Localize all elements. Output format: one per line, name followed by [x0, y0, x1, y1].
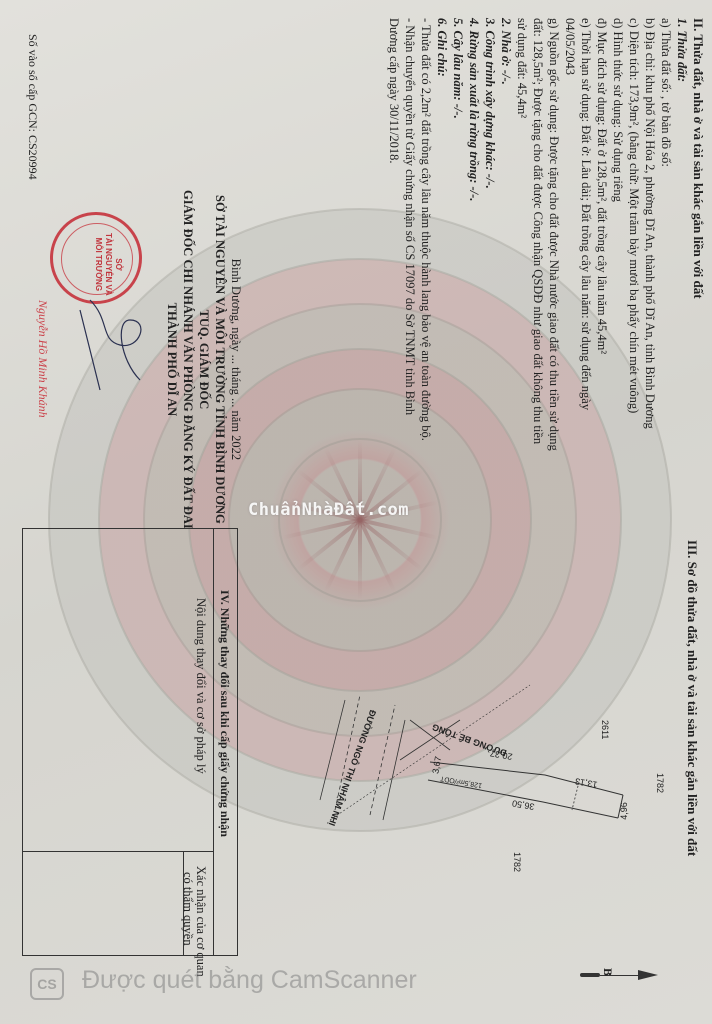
- parcel-detail-line: đ) Mục đích sử dụng: Đất ở 128,5m², đất …: [594, 18, 610, 451]
- changes-column-header: Nội dung thay đổi và cơ sở pháp lý: [193, 598, 209, 774]
- parcel-detail-line: g) Nguồn gốc sử dụng: Được tặng cho đất …: [546, 18, 562, 451]
- parcel-number-bottom: 1782: [512, 852, 522, 872]
- parcel-number-top: 2611: [600, 720, 610, 739]
- dimension-d: 4,96: [619, 802, 629, 820]
- issuing-org: SỞ TÀI NGUYÊN VÀ MÔI TRƯỜNG TỈNH BÌNH DƯ…: [212, 190, 228, 529]
- asset-item-line: 3. Công trình xây dựng khác: -/-.: [482, 18, 498, 451]
- parcel-detail-line: b) Địa chỉ: khu phố Nội Hóa 2, phường Dĩ…: [642, 18, 658, 451]
- section-2: II. Thửa đất, nhà ở và tài sản khác gắn …: [386, 18, 706, 451]
- parcel-detail-line: e) Thời hạn sử dụng: Đất ở: Lâu dài; Đất…: [578, 18, 594, 451]
- asset-item-line: 5. Cây lâu năm: -/-.: [450, 18, 466, 451]
- signer-title: TUQ. GIÁM ĐỐC: [196, 190, 212, 529]
- section-3-title: III. Sơ đồ thửa đất, nhà ở và tài sản kh…: [684, 540, 700, 856]
- certificate-page: II. Thửa đất, nhà ở và tài sản khác gắn …: [0, 0, 712, 1024]
- site-watermark: ChuẩnNhàĐất.com: [248, 500, 409, 520]
- note-line: - Nhận chuyển quyền từ Giấy chứng nhận s…: [402, 18, 418, 451]
- signer-name: Nguyễn Hồ Minh Khánh: [35, 300, 50, 418]
- stamp-text: SỞ: [113, 233, 123, 296]
- parcel-number-right: 1782: [655, 773, 665, 793]
- parcel-detail-line: c) Diện tích: 173,9m², (bằng chữ: Một tr…: [626, 18, 642, 451]
- parcel-detail-line: a) Thửa đất số: , tờ bản đồ số:: [658, 18, 674, 451]
- confirmation-column-header-line2: có thẩm quyền: [180, 872, 196, 946]
- parcel-detail-line: 04/05/2043: [562, 18, 578, 451]
- note-line: - Thửa đất có 2,2m² đất trồng cây lâu nă…: [418, 18, 434, 451]
- section-4-title: IV. Những thay đổi sau khi cấp giấy chứn…: [217, 590, 232, 837]
- parcel-detail-line: d) Hình thức sử dụng: Sử dụng riêng: [610, 18, 626, 451]
- signature-icon: [60, 290, 180, 400]
- camscanner-watermark: Được quét bằng CamScanner: [82, 966, 417, 995]
- stamp-text: TÀI NGUYÊN VÀ: [103, 233, 113, 296]
- parcel-subtitle: 1. Thửa đất:: [674, 18, 690, 451]
- north-arrow-icon: [580, 970, 658, 980]
- section-2-title: II. Thửa đất, nhà ở và tài sản khác gắn …: [690, 18, 706, 451]
- parcel-detail-line: đất: 128,5m²; Được tặng cho đất được Côn…: [530, 18, 546, 451]
- registry-number: Số vào sổ cấp GCN: CS20994: [25, 34, 40, 180]
- asset-item-line: 4. Rừng sản xuất là rừng trồng: -/-.: [466, 18, 482, 451]
- date-line: Bình Dương, ngày ... tháng ... năm 2022: [228, 190, 244, 529]
- compass-label: B: [600, 968, 615, 976]
- branch-title: GIÁM ĐỐC CHI NHÁNH VĂN PHÒNG ĐĂNG KÝ ĐẤT…: [180, 190, 196, 529]
- note-line: Dương cấp ngày 30/11/2018.: [386, 18, 402, 451]
- asset-item-line: 6. Ghi chú:: [434, 18, 450, 451]
- parcel-detail-line: sử dụng đất: 45,4m²: [514, 18, 530, 451]
- camscanner-logo-icon: CS: [30, 968, 64, 1000]
- stamp-text: MÔI TRƯỜNG: [93, 233, 103, 296]
- asset-item-line: 2. Nhà ở: -/-.: [498, 18, 514, 451]
